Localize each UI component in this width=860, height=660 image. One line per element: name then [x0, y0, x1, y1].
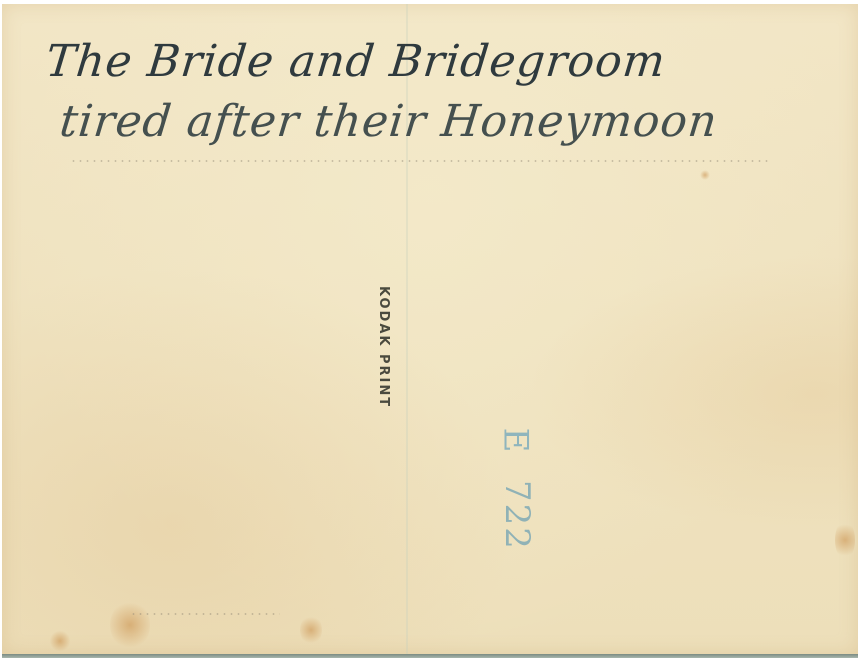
rust-spot — [700, 170, 710, 180]
handwritten-caption-line-1: The Bride and Bridegroom — [43, 36, 668, 87]
handwritten-caption-line-2: tired after their Honeymoon — [57, 96, 720, 147]
scanned-photo-back: The Bride and Bridegroom tired after the… — [0, 0, 860, 660]
rust-spot — [300, 615, 322, 645]
faint-printed-row — [70, 160, 770, 162]
kodak-print-mark: KODAK PRINT — [376, 286, 391, 408]
scan-bottom-edge — [2, 654, 858, 658]
rust-spot — [50, 630, 70, 652]
stamp-number: 722 — [497, 480, 537, 551]
stamp-letter: E — [495, 428, 535, 453]
rust-spot — [835, 520, 855, 560]
faint-printed-row — [130, 613, 280, 615]
rust-spot — [110, 600, 150, 650]
